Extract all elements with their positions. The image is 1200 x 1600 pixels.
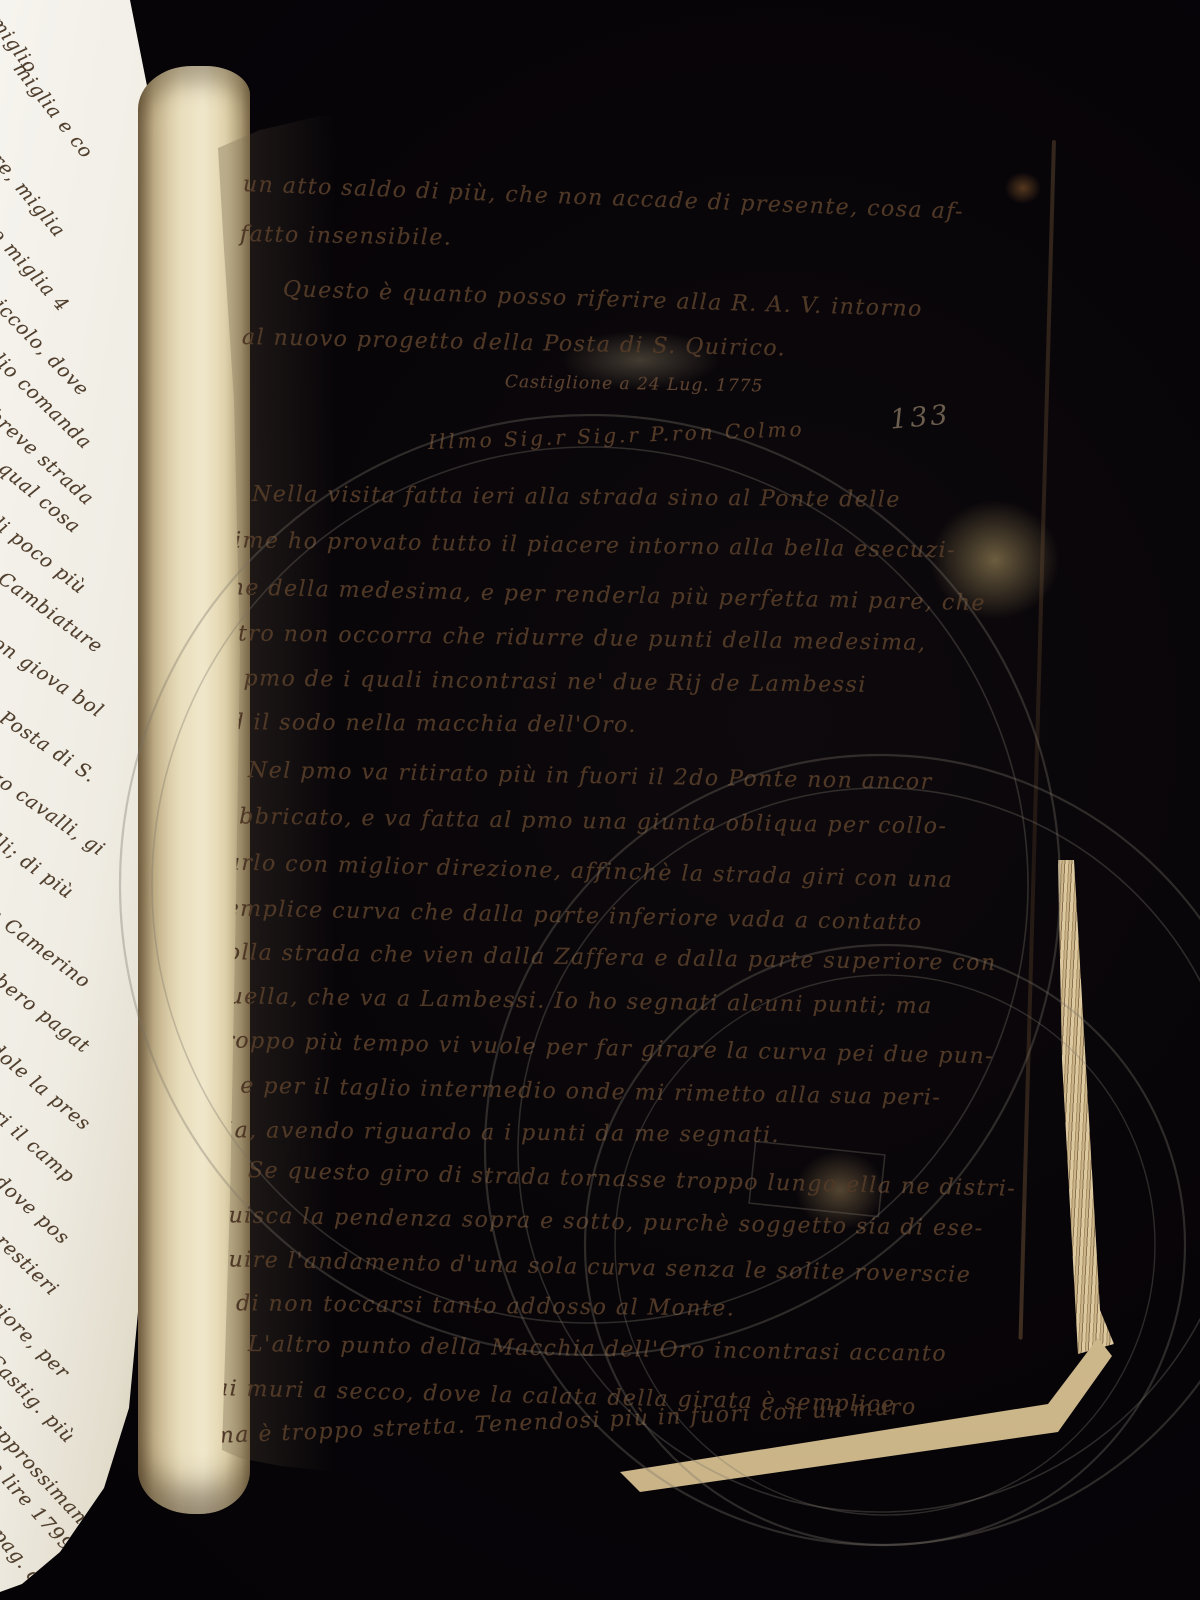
page-edge-line	[1018, 140, 1056, 1340]
handwritten-line: Questo è quanto posso riferire alla R. A…	[283, 277, 924, 322]
salutation: Illmo Sig.r Sig.r P.ron Colmo	[428, 417, 805, 454]
page-number: 133	[889, 399, 952, 435]
handwritten-line: Se questo giro di strada tornasse troppo…	[248, 1158, 1017, 1202]
handwritten-line: zia, avendo riguardo a i punti da me seg…	[213, 1118, 780, 1148]
handwritten-line: Nella visita fatta ieri alla strada sino…	[252, 482, 901, 513]
handwritten-line: ed il sodo nella macchia dell'Oro.	[215, 710, 637, 738]
handwritten-line: un atto saldo di più, che non accade di …	[243, 172, 965, 225]
handwritten-line: L'altro punto della Macchia dell'Oro inc…	[248, 1332, 947, 1367]
dateline: Castiglione a 24 Lug. 1775	[505, 372, 764, 397]
manuscript-photo: a miglio miglia e co altre, miglia tano …	[0, 0, 1200, 1600]
paper-stain	[1005, 172, 1041, 204]
left-page-text-fragment: altre, miglia	[0, 128, 70, 242]
handwritten-line: fatto insensibile.	[240, 222, 453, 251]
left-page-text-fragment: miglia e co	[9, 58, 98, 163]
handwritten-line: Nel pmo va ritirato più in fuori il 2do …	[248, 758, 933, 795]
